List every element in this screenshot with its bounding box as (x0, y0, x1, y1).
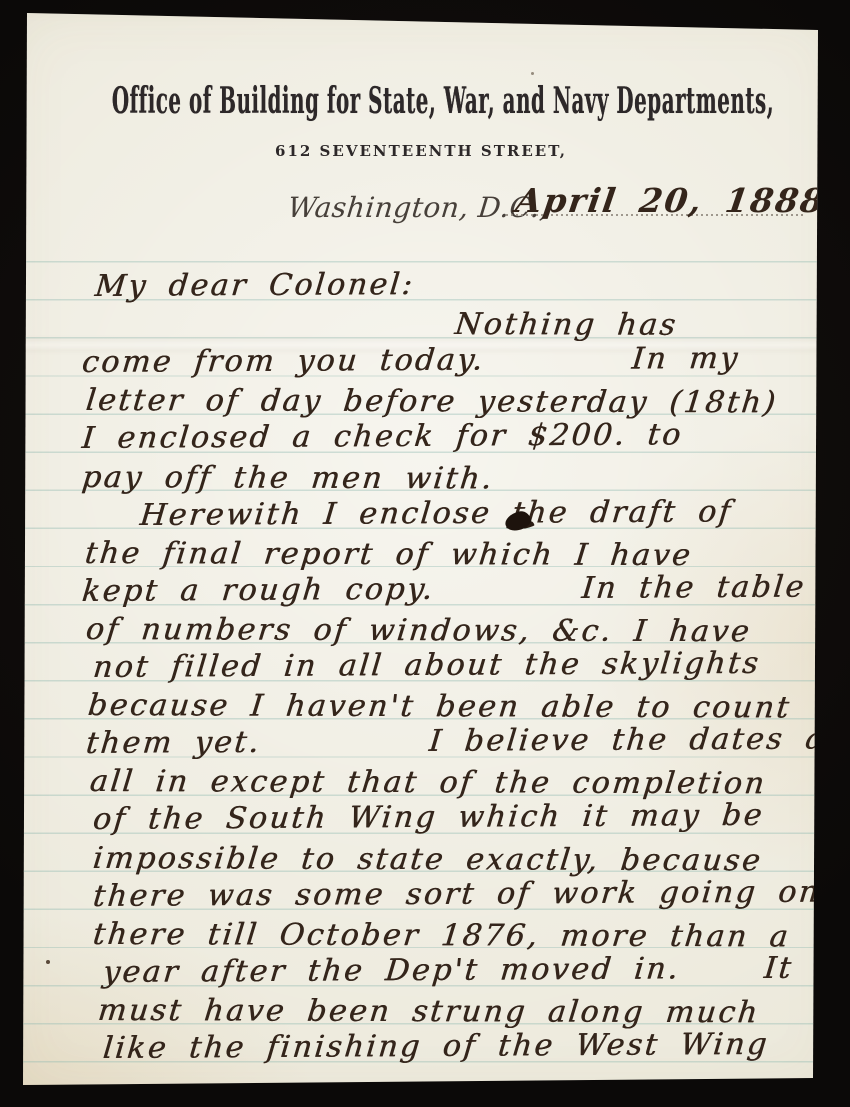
handwritten-line: come from you today. In my (80, 340, 741, 382)
handwritten-line: them yet. I believe the dates are (84, 720, 850, 763)
handwritten-line: there was some sort of work going on (91, 874, 822, 916)
photo-backdrop: Office of Building for State, War, and N… (0, 0, 850, 1107)
dust-speck (46, 960, 50, 964)
handwritten-line: of the South Wing which it may be (91, 797, 766, 839)
handwritten-line: not filled in all about the skylights (91, 645, 762, 687)
dust-speck (531, 72, 534, 75)
handwritten-line: year after the Dep't moved in. It (101, 950, 795, 992)
handwritten-line: pay off the men with. (80, 459, 496, 498)
handwritten-line: like the finishing of the West Wing (101, 1026, 770, 1068)
letter-page: Office of Building for State, War, and N… (0, 0, 850, 1107)
handwritten-line: I enclosed a check for $200. to (80, 416, 684, 458)
handwritten-line: Nothing has (453, 306, 680, 345)
handwritten-line: My dear Colonel: (93, 266, 416, 306)
letter-body: My dear Colonel:Nothing hascome from you… (0, 0, 850, 1107)
handwritten-line: kept a rough copy. In the table (80, 569, 807, 611)
handwritten-line: Herewith I enclose the draft of (138, 493, 734, 535)
